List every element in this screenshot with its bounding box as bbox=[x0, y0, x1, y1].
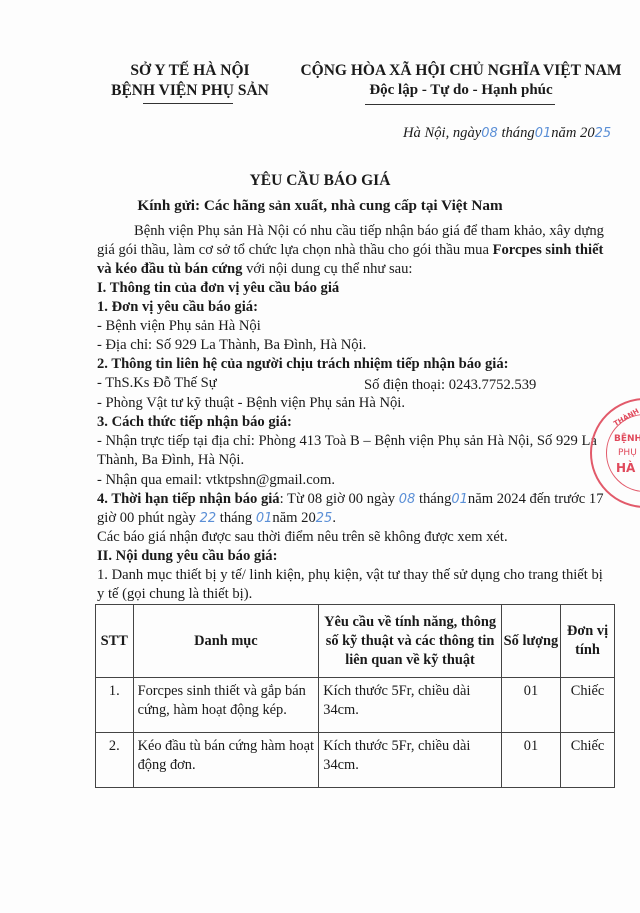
section-1-2-heading: 2. Thông tin liên hệ của người chịu trác… bbox=[97, 355, 508, 374]
deadline-line-2: giờ 00 phút ngày 22 tháng 01năm 2025. bbox=[97, 509, 336, 528]
deadline-day-from: 08 bbox=[399, 492, 416, 507]
direct-submission-line-2: Thành, Ba Đình, Hà Nội. bbox=[97, 451, 244, 470]
date-prefix: Hà Nội, ngày bbox=[403, 125, 481, 141]
row-qty: 01 bbox=[501, 678, 560, 733]
col-qty: Số lượng bbox=[501, 605, 560, 678]
deadline-year-to: 25 bbox=[316, 511, 333, 526]
package-name-part2: và kéo đầu tù bán cứng bbox=[97, 261, 242, 277]
contact-phone: Số điện thoại: 0243.7752.539 bbox=[364, 376, 536, 395]
intro-line-2: giá gói thầu, làm cơ sở tổ chức lựa chọn… bbox=[97, 241, 603, 260]
intro-text: giá gói thầu, làm cơ sở tổ chức lựa chọn… bbox=[97, 242, 493, 258]
list-intro-line-1: 1. Danh mục thiết bị y tế/ linh kiện, ph… bbox=[97, 566, 603, 585]
deadline-text: năm 20 bbox=[272, 510, 315, 526]
document-title: YÊU CẦU BÁO GIÁ bbox=[0, 172, 640, 190]
row-spec: Kích thước 5Fr, chiều dài 34cm. bbox=[319, 733, 502, 788]
row-stt: 1. bbox=[96, 678, 134, 733]
deadline-month-to: 01 bbox=[256, 511, 273, 526]
deadline-text: năm 2024 đến trước 17 bbox=[468, 491, 604, 507]
section-1-1-heading: 1. Đơn vị yêu cầu báo giá: bbox=[97, 298, 258, 317]
package-name-part1: Forcpes sinh thiết bbox=[493, 242, 604, 258]
deadline-month-from: 01 bbox=[451, 492, 468, 507]
section-1-heading: I. Thông tin của đơn vị yêu cầu báo giá bbox=[97, 279, 339, 298]
row-item: Kéo đầu tù bán cứng hàm hoạt động đơn. bbox=[133, 733, 319, 788]
date-month-label: tháng bbox=[501, 125, 534, 141]
intro-line-3: và kéo đầu tù bán cứng với nội dung cụ t… bbox=[97, 260, 412, 279]
contact-name: - ThS.Ks Đỗ Thế Sự bbox=[97, 374, 217, 393]
date-day: 08 bbox=[481, 126, 498, 141]
col-spec: Yêu cầu về tính năng, thông số kỹ thuật … bbox=[319, 605, 502, 678]
section-2-heading: II. Nội dung yêu cầu báo giá: bbox=[97, 547, 277, 566]
deadline-line-1: 4. Thời hạn tiếp nhận báo giá: Từ 08 giờ… bbox=[97, 490, 604, 509]
document-date: Hà Nội, ngày08 tháng01năm 2025 bbox=[403, 124, 611, 143]
intro-line-1: Bệnh viện Phụ sản Hà Nội có nhu cầu tiếp… bbox=[134, 222, 604, 241]
deadline-text: giờ 00 phút ngày bbox=[97, 510, 200, 526]
contact-department: - Phòng Vật tư kỹ thuật - Bệnh viện Phụ … bbox=[97, 394, 405, 413]
email-submission: - Nhận qua email: vtktpshn@gmail.com. bbox=[97, 471, 335, 490]
agency-name: SỞ Y TẾ HÀ NỘI bbox=[95, 62, 285, 80]
recipient-line: Kính gửi: Các hãng sản xuất, nhà cung cấ… bbox=[0, 197, 640, 215]
date-month: 01 bbox=[535, 126, 552, 141]
row-spec: Kích thước 5Fr, chiều dài 34cm. bbox=[319, 678, 502, 733]
deadline-text: tháng bbox=[415, 491, 451, 507]
requester-name: - Bệnh viện Phụ sản Hà Nội bbox=[97, 317, 261, 336]
row-unit: Chiếc bbox=[561, 678, 615, 733]
direct-submission-line-1: - Nhận trực tiếp tại địa chỉ: Phòng 413 … bbox=[97, 432, 597, 451]
table-row: 1. Forcpes sinh thiết và gắp bán cứng, h… bbox=[96, 678, 615, 733]
deadline-day-to: 22 bbox=[200, 511, 217, 526]
row-qty: 01 bbox=[501, 733, 560, 788]
intro-text-end: với nội dung cụ thể như sau: bbox=[242, 261, 412, 277]
date-year-label: năm 20 bbox=[551, 125, 594, 141]
row-unit: Chiếc bbox=[561, 733, 615, 788]
col-stt: STT bbox=[96, 605, 134, 678]
national-title: CỘNG HÒA XÃ HỘI CHỦ NGHĨA VIỆT NAM bbox=[296, 62, 626, 80]
header-left-underline bbox=[143, 103, 233, 104]
deadline-text: . bbox=[332, 510, 336, 526]
stamp-line-2: PHỤ bbox=[618, 448, 637, 458]
stamp-line-1: BỆNH bbox=[614, 434, 640, 444]
national-motto: Độc lập - Tự do - Hạnh phúc bbox=[296, 82, 626, 99]
row-item: Forcpes sinh thiết và gắp bán cứng, hàm … bbox=[133, 678, 319, 733]
header-right-underline bbox=[365, 104, 555, 105]
deadline-text: : Từ 08 giờ 00 ngày bbox=[280, 491, 399, 507]
section-1-3-heading: 3. Cách thức tiếp nhận báo giá: bbox=[97, 413, 292, 432]
section-1-4-heading: 4. Thời hạn tiếp nhận báo giá bbox=[97, 491, 280, 507]
date-year-suffix: 25 bbox=[595, 126, 612, 141]
hospital-name: BỆNH VIỆN PHỤ SẢN bbox=[95, 82, 285, 100]
col-unit: Đơn vị tính bbox=[561, 605, 615, 678]
stamp-line-3: HÀ bbox=[616, 461, 635, 475]
list-intro-line-2: y tế (gọi chung là thiết bị). bbox=[97, 585, 252, 604]
item-table: STT Danh mục Yêu cầu về tính năng, thông… bbox=[95, 604, 615, 788]
requester-address: - Địa chỉ: Số 929 La Thành, Ba Đình, Hà … bbox=[97, 336, 366, 355]
col-item: Danh mục bbox=[133, 605, 319, 678]
table-header-row: STT Danh mục Yêu cầu về tính năng, thông… bbox=[96, 605, 615, 678]
deadline-note: Các báo giá nhận được sau thời điểm nêu … bbox=[97, 528, 508, 547]
deadline-text: tháng bbox=[216, 510, 256, 526]
table-row: 2. Kéo đầu tù bán cứng hàm hoạt động đơn… bbox=[96, 733, 615, 788]
row-stt: 2. bbox=[96, 733, 134, 788]
